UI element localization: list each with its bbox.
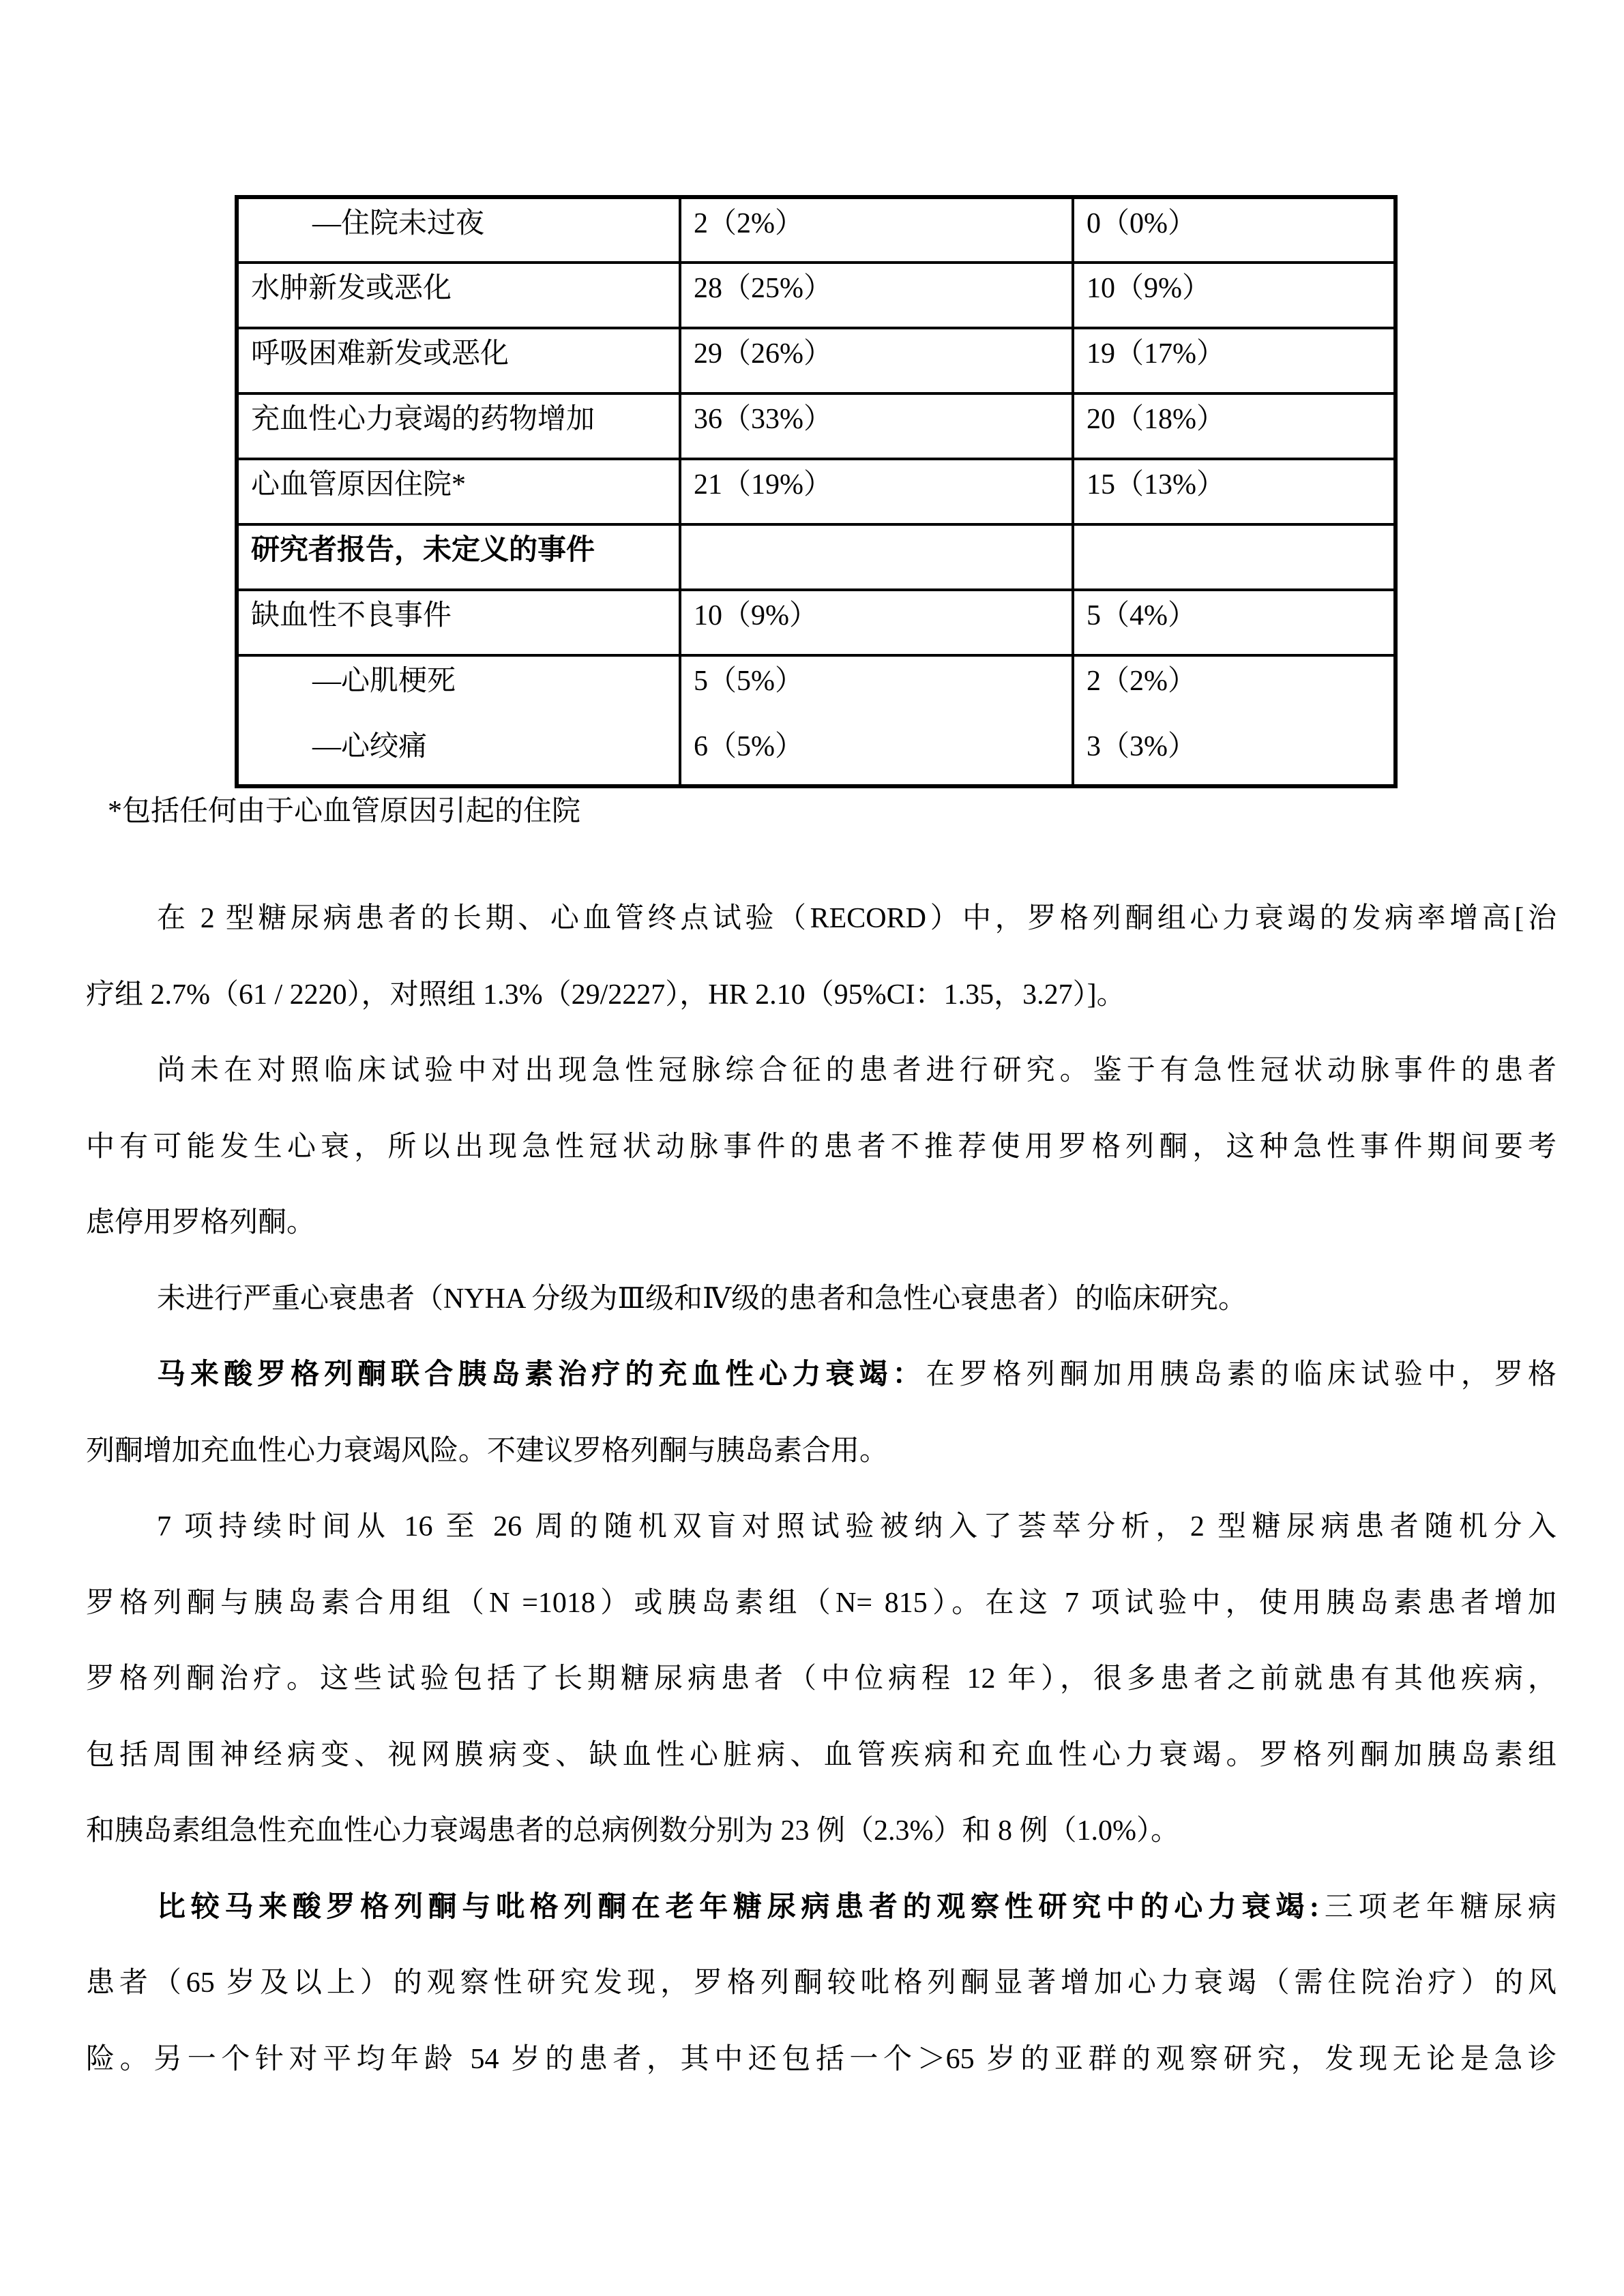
table-cell: 5（5%） 6（5%）: [680, 655, 1073, 786]
table-row: 研究者报告，未定义的事件: [237, 524, 1396, 590]
row-label-cell: 水肿新发或恶化: [237, 263, 680, 328]
body-line: 未进行严重心衰患者（NYHA 分级为Ⅲ级和Ⅳ级的患者和急性心衰患者）的临床研究。: [86, 1262, 1556, 1338]
row-label-cell: 充血性心力衰竭的药物增加: [237, 393, 680, 459]
inline-heading: 马来酸罗格列酮联合胰岛素治疗的充血性心力衰竭：: [157, 1359, 926, 1390]
body-line-text: 在罗格列酮加用胰岛素的临床试验中，罗格: [926, 1359, 1556, 1390]
table-row: —住院未过夜 2（2%） 0（0%）: [237, 197, 1396, 263]
table-cell: 2（2%）: [680, 197, 1073, 263]
body-line: 患者（65 岁及以上）的观察性研究发现，罗格列酮较吡格列酮显著增加心力衰竭（需住…: [86, 1945, 1556, 2022]
body-line: 列酮增加充血性心力衰竭风险。不建议罗格列酮与胰岛素合用。: [86, 1414, 1556, 1490]
row-label-cell: 心血管原因住院*: [237, 459, 680, 524]
table-cell: 20（18%）: [1073, 393, 1396, 459]
table-cell: 5（4%）: [1073, 590, 1396, 655]
table-cell-line: 2（2%）: [1087, 665, 1389, 698]
inline-heading: 比较马来酸罗格列酮与吡格列酮在老年糖尿病患者的观察性研究中的心力衰竭:: [157, 1892, 1319, 1923]
table-cell: 21（19%）: [680, 459, 1073, 524]
table-row: 呼吸困难新发或恶化 29（26%） 19（17%）: [237, 328, 1396, 393]
table-cell: 0（0%）: [1073, 197, 1396, 263]
table-cell: 10（9%）: [1073, 263, 1396, 328]
body-line: 马来酸罗格列酮联合胰岛素治疗的充血性心力衰竭：在罗格列酮加用胰岛素的临床试验中，…: [86, 1337, 1556, 1414]
table-cell-line: 3（3%）: [1087, 730, 1389, 763]
table-cell: 15（13%）: [1073, 459, 1396, 524]
body-line: 罗格列酮治疗。这些试验包括了长期糖尿病患者（中位病程 12 年），很多患者之前就…: [86, 1641, 1556, 1718]
body-line: 险。另一个针对平均年龄 54 岁的患者，其中还包括一个＞65 岁的亚群的观察研究…: [86, 2022, 1556, 2098]
row-label-cell: —住院未过夜: [237, 197, 680, 263]
row-label-cell: —心肌梗死 —心绞痛: [237, 655, 680, 786]
body-line: 疗组 2.7%（61 / 2220），对照组 1.3%（29/2227），HR …: [86, 957, 1556, 1034]
row-label-line: —心肌梗死: [312, 665, 675, 698]
row-label-line: —心绞痛: [312, 730, 675, 763]
table-cell: [680, 524, 1073, 590]
table-row: 充血性心力衰竭的药物增加 36（33%） 20（18%）: [237, 393, 1396, 459]
body-line: 和胰岛素组急性充血性心力衰竭患者的总病例数分别为 23 例（2.3%）和 8 例…: [86, 1793, 1556, 1870]
row-label-cell: 呼吸困难新发或恶化: [237, 328, 680, 393]
body-line: 在 2 型糖尿病患者的长期、心血管终点试验（RECORD）中，罗格列酮组心力衰竭…: [86, 881, 1556, 957]
table-cell-line: 6（5%）: [694, 730, 1067, 763]
table-cell: 29（26%）: [680, 328, 1073, 393]
table-cell: 36（33%）: [680, 393, 1073, 459]
body-line: 7 项持续时间从 16 至 26 周的随机双盲对照试验被纳入了荟萃分析，2 型糖…: [86, 1489, 1556, 1566]
body-line: 包括周围神经病变、视网膜病变、缺血性心脏病、血管疾病和充血性心力衰竭。罗格列酮加…: [86, 1718, 1556, 1794]
table-row: 缺血性不良事件 10（9%） 5（4%）: [237, 590, 1396, 655]
table-row: —心肌梗死 —心绞痛 5（5%） 6（5%） 2（2%） 3（3%）: [237, 655, 1396, 786]
table-footnote: *包括任何由于心血管原因引起的住院: [108, 795, 580, 828]
table-cell: 19（17%）: [1073, 328, 1396, 393]
body-line: 尚未在对照临床试验中对出现急性冠脉综合征的患者进行研究。鉴于有急性冠状动脉事件的…: [86, 1033, 1556, 1109]
body-line: 虑停用罗格列酮。: [86, 1185, 1556, 1262]
table-row: 心血管原因住院* 21（19%） 15（13%）: [237, 459, 1396, 524]
row-label-cell: 研究者报告，未定义的事件: [237, 524, 680, 590]
body-line: 罗格列酮与胰岛素合用组（N =1018）或胰岛素组（N= 815）。在这 7 项…: [86, 1566, 1556, 1642]
body-text: 在 2 型糖尿病患者的长期、心血管终点试验（RECORD）中，罗格列酮组心力衰竭…: [86, 881, 1556, 2098]
table-cell-line: 5（5%）: [694, 665, 1067, 698]
table-cell: 2（2%） 3（3%）: [1073, 655, 1396, 786]
table-cell: 28（25%）: [680, 263, 1073, 328]
row-label-cell: 缺血性不良事件: [237, 590, 680, 655]
document-page: —住院未过夜 2（2%） 0（0%） 水肿新发或恶化 28（25%） 10（9%…: [0, 0, 1624, 2296]
body-line: 比较马来酸罗格列酮与吡格列酮在老年糖尿病患者的观察性研究中的心力衰竭:三项老年糖…: [86, 1870, 1556, 1946]
adverse-event-table: —住院未过夜 2（2%） 0（0%） 水肿新发或恶化 28（25%） 10（9%…: [235, 195, 1398, 788]
body-line: 中有可能发生心衰，所以出现急性冠状动脉事件的患者不推荐使用罗格列酮，这种急性事件…: [86, 1109, 1556, 1186]
table-cell: 10（9%）: [680, 590, 1073, 655]
table-row: 水肿新发或恶化 28（25%） 10（9%）: [237, 263, 1396, 328]
table-cell: [1073, 524, 1396, 590]
body-line-text: 三项老年糖尿病: [1319, 1892, 1556, 1923]
